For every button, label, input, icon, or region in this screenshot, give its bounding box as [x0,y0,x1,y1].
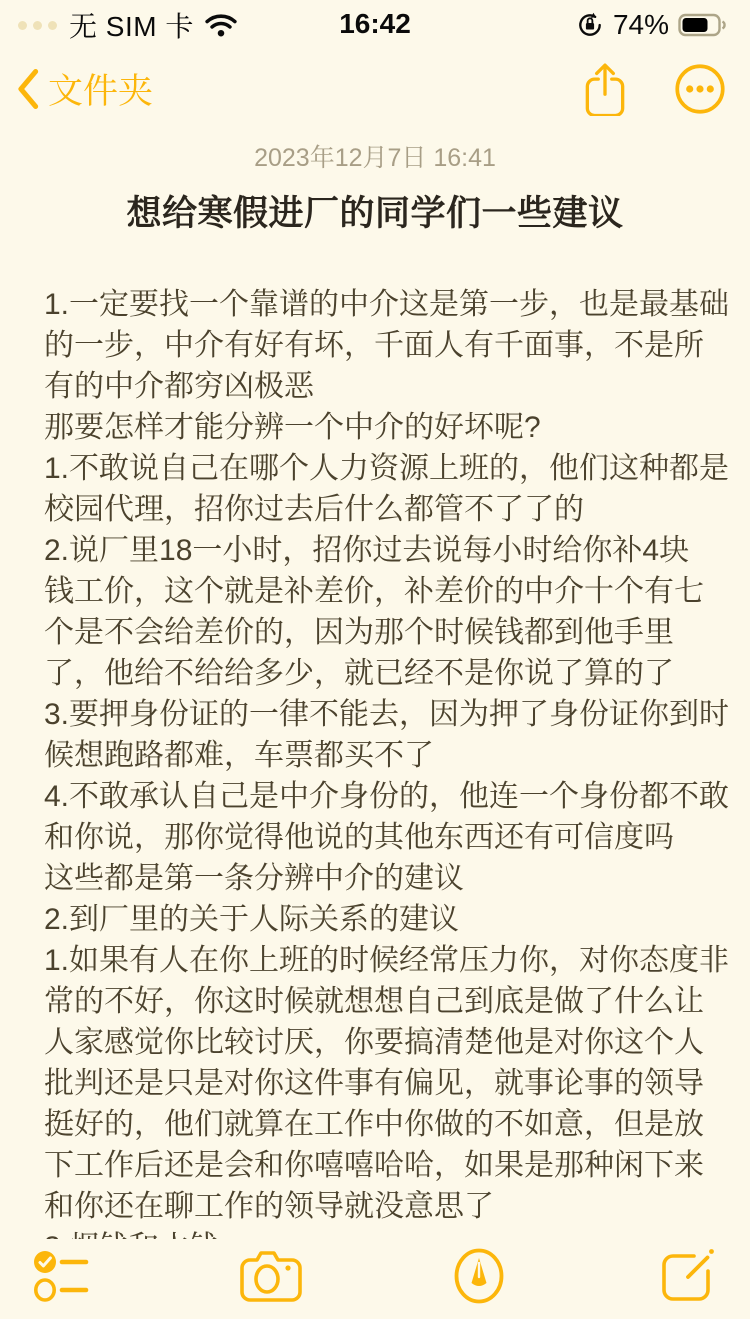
note-line: 和你说，那你觉得他说的其他东西还有可信度吗 [44,817,710,858]
note-line: 挺好的，他们就算在工作中你做的不如意，但是放 [44,1104,710,1145]
battery-icon [678,13,728,37]
status-left: 无 SIM 卡 [18,5,238,45]
note-line: 钱工价，这个就是补差价，补差价的中介十个有七 [44,571,710,612]
note-line: 2.说厂里18一小时，招你过去说每小时给你补4块 [44,530,710,571]
note-title: 想给寒假进厂的同学们一些建议 [0,186,750,236]
note-line: 那要怎样才能分辨一个中介的好坏呢? [44,407,710,448]
bottom-toolbar [0,1239,750,1319]
share-button[interactable] [584,62,626,116]
note-line: 有的中介都穷凶极恶 [44,366,710,407]
signal-dots-icon [18,21,57,30]
note-line: 候想跑路都难，车票都买不了 [44,735,710,776]
note-line: 批判还是只是对你这件事有偏见，就事论事的领导 [44,1063,710,1104]
carrier-label: 无 SIM 卡 [69,5,194,45]
wifi-icon [204,12,238,38]
note-line: 校园代理，招你过去后什么都管不了了的 [44,489,710,530]
note-line: 1.不敢说自己在哪个人力资源上班的，他们这种都是 [44,448,710,489]
chevron-back-icon [16,68,40,110]
status-right: 74% [576,9,728,41]
nav-bar: 文件夹 [0,54,750,124]
note-editor[interactable]: 2023年12月7日 16:41 想给寒假进厂的同学们一些建议 1.一定要找一个… [0,138,750,1268]
note-line: 个是不会给差价的，因为那个时候钱都到他手里 [44,612,710,653]
note-line: 3.要押身份证的一律不能去，因为押了身份证你到时 [44,694,710,735]
camera-button[interactable] [238,1249,304,1303]
note-line: 4.不敢承认自己是中介身份的，他连一个身份都不敢 [44,776,710,817]
note-line: 1.一定要找一个靠谱的中介这是第一步，也是最基础 [44,284,710,325]
checklist-button[interactable] [30,1248,96,1304]
back-button[interactable]: 文件夹 [16,64,153,114]
note-line: 的一步，中介有好有坏，千面人有千面事，不是所 [44,325,710,366]
back-label: 文件夹 [48,64,153,114]
markup-button[interactable] [446,1247,512,1305]
more-button[interactable] [674,63,726,115]
note-line: 和你还在聊工作的领导就没意思了 [44,1186,710,1227]
note-line: 常的不好，你这时候就想想自己到底是做了什么让 [44,981,710,1022]
note-line: 下工作后还是会和你嘻嘻哈哈，如果是那种闲下来 [44,1145,710,1186]
status-bar: 无 SIM 卡 16:42 74% [0,0,750,44]
note-line: 了，他给不给给多少，就已经不是你说了算的了 [44,653,710,694]
battery-percent: 74% [613,9,669,41]
note-body: 1.一定要找一个靠谱的中介这是第一步，也是最基础 的一步，中介有好有坏，千面人有… [44,284,710,1268]
notes-app-screen: 无 SIM 卡 16:42 74% [0,0,750,1319]
nav-actions [584,62,726,116]
compose-button[interactable] [654,1247,720,1305]
note-line: 这些都是第一条分辨中介的建议 [44,858,710,899]
note-line: 人家感觉你比较讨厌，你要搞清楚他是对你这个人 [44,1022,710,1063]
note-line: 2.到厂里的关于人际关系的建议 [44,899,710,940]
note-date: 2023年12月7日 16:41 [0,138,750,174]
note-line: 1.如果有人在你上班的时候经常压力你，对你态度非 [44,940,710,981]
rotation-lock-icon [576,11,604,39]
